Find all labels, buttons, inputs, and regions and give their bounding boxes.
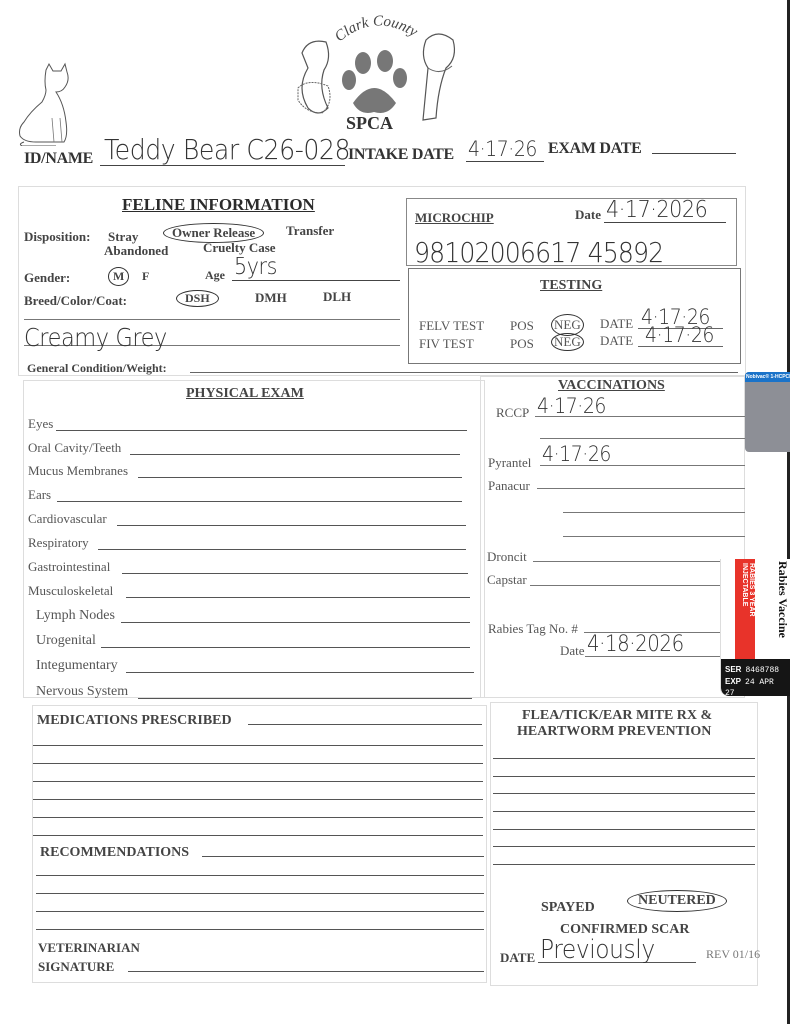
pyrantel-date-field[interactable]: 4·17·26 <box>542 442 611 466</box>
recommendations-field[interactable] <box>36 929 484 930</box>
physical-exam-item-field[interactable] <box>138 698 472 699</box>
rccp-extra-field[interactable] <box>540 438 745 439</box>
panacur-field[interactable] <box>537 488 745 489</box>
recommendations-field[interactable] <box>36 911 484 912</box>
general-condition-label: General Condition/Weight: <box>27 361 167 376</box>
medications-field[interactable] <box>33 799 483 800</box>
flea-tick-field[interactable] <box>493 846 755 847</box>
intake-date-underline <box>466 161 544 162</box>
exam-date-field[interactable] <box>652 153 736 154</box>
gender-option-f[interactable]: F <box>142 269 149 284</box>
cat-illustration-icon <box>16 62 74 146</box>
fiv-date-label: DATE <box>600 333 633 349</box>
fiv-test-label: FIV TEST <box>419 336 474 352</box>
id-name-field[interactable]: Teddy Bear C26-028 <box>104 133 350 166</box>
capstar-field[interactable] <box>530 585 720 586</box>
physical-exam-item-field[interactable] <box>130 454 460 455</box>
felv-date-label: DATE <box>600 316 633 332</box>
physical-exam-item-label: Respiratory <box>28 535 89 550</box>
recommendations-field[interactable] <box>36 875 484 876</box>
physical-exam-item-label: Cardiovascular <box>28 511 107 526</box>
general-condition-field[interactable] <box>190 372 738 373</box>
vet-signature-label-2: SIGNATURE <box>38 959 114 975</box>
felv-test-label: FELV TEST <box>419 318 484 334</box>
rccp-date-field[interactable]: 4·17·26 <box>537 394 606 418</box>
ser-value: 8468788 <box>745 666 779 675</box>
physical-exam-item-field[interactable] <box>122 573 468 574</box>
panacur-label: Panacur <box>488 478 530 494</box>
physical-exam-item-label: Eyes <box>28 416 53 431</box>
medications-field[interactable] <box>33 781 483 782</box>
physical-exam-row: Integumentary <box>36 658 118 674</box>
fiv-neg-option-selected[interactable]: NEG <box>551 333 584 351</box>
medications-field[interactable] <box>33 763 483 764</box>
physical-exam-item-label: Musculoskeletal <box>28 583 113 598</box>
flea-tick-title-1: FLEA/TICK/EAR MITE RX & <box>522 708 712 724</box>
disposition-option-abandoned[interactable]: Abandoned <box>104 243 168 259</box>
physical-exam-row: Mucus Membranes <box>28 463 128 479</box>
gender-label: Gender: <box>24 270 70 286</box>
flea-tick-field[interactable] <box>493 829 755 830</box>
age-field[interactable]: 5yrs <box>234 254 277 280</box>
physical-exam-row: Oral Cavity/Teeth <box>28 440 121 456</box>
rabies-sticker-band: RABIES 3 YEAR INJECTABLE <box>735 559 755 659</box>
physical-exam-row: Eyes <box>28 416 53 432</box>
rccp-label: RCCP <box>496 405 529 421</box>
physical-exam-row: Cardiovascular <box>28 511 107 527</box>
physical-exam-item-label: Mucus Membranes <box>28 463 128 478</box>
rccp-sticker-brand: Nobivac® 1-HCPCh <box>745 372 790 382</box>
svg-text:Clark County: Clark County <box>332 13 420 45</box>
felv-pos-option[interactable]: POS <box>510 318 534 334</box>
flea-tick-field[interactable] <box>493 758 755 759</box>
microchip-date-label: Date <box>575 207 601 223</box>
recommendations-title: RECOMMENDATIONS <box>40 845 189 861</box>
rabies-sticker-title: Rabies Vaccine <box>759 561 789 638</box>
neutered-option-selected[interactable]: NEUTERED <box>627 890 727 912</box>
physical-exam-row: Musculoskeletal <box>28 583 113 599</box>
physical-exam-item-label: Nervous System <box>36 684 128 699</box>
logo-name: SPCA <box>346 113 393 134</box>
physical-exam-row: Urogenital <box>36 633 96 649</box>
exp-label: EXP <box>725 677 741 686</box>
microchip-number-field[interactable]: 98102006617 45892 <box>414 236 663 269</box>
droncit-label: Droncit <box>487 549 527 565</box>
breed-option-dsh-selected[interactable]: DSH <box>176 290 219 307</box>
id-name-label: ID/NAME <box>24 150 93 168</box>
intake-date-label: INTAKE DATE <box>348 146 454 164</box>
flea-tick-field[interactable] <box>493 864 755 865</box>
physical-exam-item-field[interactable] <box>121 622 470 623</box>
physical-exam-item-field[interactable] <box>126 672 474 673</box>
rabies-sticker-serial-block: SER8468788 EXP24 APR 27 <box>721 659 790 696</box>
spayed-option[interactable]: SPAYED <box>541 900 595 916</box>
fiv-date-field[interactable]: 4·17·26 <box>645 323 714 347</box>
recommendations-field-0[interactable] <box>202 856 484 857</box>
flea-tick-field[interactable] <box>493 793 755 794</box>
medications-field[interactable] <box>33 835 483 836</box>
age-label: Age <box>205 268 225 283</box>
physical-exam-item-field[interactable] <box>98 549 466 550</box>
spay-neuter-date-label: DATE <box>500 950 535 966</box>
fiv-pos-option[interactable]: POS <box>510 336 534 352</box>
breed-option-dlh[interactable]: DLH <box>323 289 351 305</box>
rccp-vaccine-sticker: Nobivac® 1-HCPCh <box>745 372 790 452</box>
spay-neuter-date-field[interactable]: Previously <box>540 935 655 965</box>
breed-option-dmh[interactable]: DMH <box>255 290 287 306</box>
physical-exam-row: Ears <box>28 487 51 503</box>
rabies-vaccine-sticker: RABIES 3 YEAR INJECTABLE Rabies Vaccine … <box>720 559 790 696</box>
rabies-date-label: Date <box>560 643 585 659</box>
capstar-label: Capstar <box>487 572 527 588</box>
medications-field-0[interactable] <box>248 724 482 725</box>
exam-date-label: EXAM DATE <box>548 140 641 158</box>
vet-signature-label-1: VETERINARIAN <box>38 940 140 956</box>
flea-tick-field[interactable] <box>493 811 755 812</box>
physical-exam-row: Gastrointestinal <box>28 559 110 575</box>
physical-exam-row: Lymph Nodes <box>36 608 115 624</box>
panacur-extra-field-2[interactable] <box>563 536 745 537</box>
color-field[interactable]: Creamy Grey <box>24 323 167 352</box>
pyrantel-label: Pyrantel <box>488 455 531 471</box>
physical-exam-item-label: Gastrointestinal <box>28 559 110 574</box>
physical-exam-item-label: Ears <box>28 487 51 502</box>
breed-label: Breed/Color/Coat: <box>24 293 127 309</box>
droncit-field[interactable] <box>533 561 743 562</box>
medications-field[interactable] <box>33 745 483 746</box>
flea-tick-field[interactable] <box>493 776 755 777</box>
microchip-title: MICROCHIP <box>415 210 494 226</box>
physical-exam-item-field[interactable] <box>117 525 466 526</box>
physical-exam-section <box>23 380 485 698</box>
physical-exam-row: Respiratory <box>28 535 89 551</box>
physical-exam-item-field[interactable] <box>101 647 470 648</box>
physical-exam-item-field[interactable] <box>138 477 462 478</box>
age-underline <box>232 280 400 281</box>
vaccinations-title: VACCINATIONS <box>558 378 665 394</box>
ser-label: SER <box>725 665 741 674</box>
breed-underline <box>24 319 400 320</box>
disposition-option-transfer[interactable]: Transfer <box>286 223 334 239</box>
logo-arc-text: Clark County <box>332 13 420 45</box>
clark-county-spca-logo: Clark County SPCA <box>288 8 468 138</box>
physical-exam-row: Nervous System <box>36 684 128 700</box>
physical-exam-item-label: Oral Cavity/Teeth <box>28 440 121 455</box>
form-revision: REV 01/16 <box>706 947 760 962</box>
feline-info-title: FELINE INFORMATION <box>122 195 315 215</box>
rabies-date-field[interactable]: 4·18·2026 <box>587 632 684 657</box>
physical-exam-title: PHYSICAL EXAM <box>186 386 304 402</box>
medications-field[interactable] <box>33 817 483 818</box>
flea-tick-title-2: HEARTWORM PREVENTION <box>517 724 711 740</box>
vet-signature-field[interactable] <box>128 971 484 972</box>
physical-exam-item-label: Integumentary <box>36 658 118 673</box>
microchip-date-field[interactable]: 4·17·2026 <box>606 197 707 223</box>
panacur-extra-field-1[interactable] <box>563 512 745 513</box>
testing-title: TESTING <box>540 278 602 294</box>
physical-exam-item-field[interactable] <box>56 430 467 431</box>
intake-date-field[interactable]: 4·17·26 <box>468 137 537 161</box>
medications-title: MEDICATIONS PRESCRIBED <box>37 713 232 729</box>
disposition-label: Disposition: <box>24 229 90 245</box>
physical-exam-item-field[interactable] <box>57 501 462 502</box>
physical-exam-item-label: Urogenital <box>36 633 96 648</box>
physical-exam-item-field[interactable] <box>126 597 470 598</box>
rabies-tag-label: Rabies Tag No. # <box>488 621 578 637</box>
recommendations-field[interactable] <box>36 893 484 894</box>
physical-exam-item-label: Lymph Nodes <box>36 608 115 623</box>
